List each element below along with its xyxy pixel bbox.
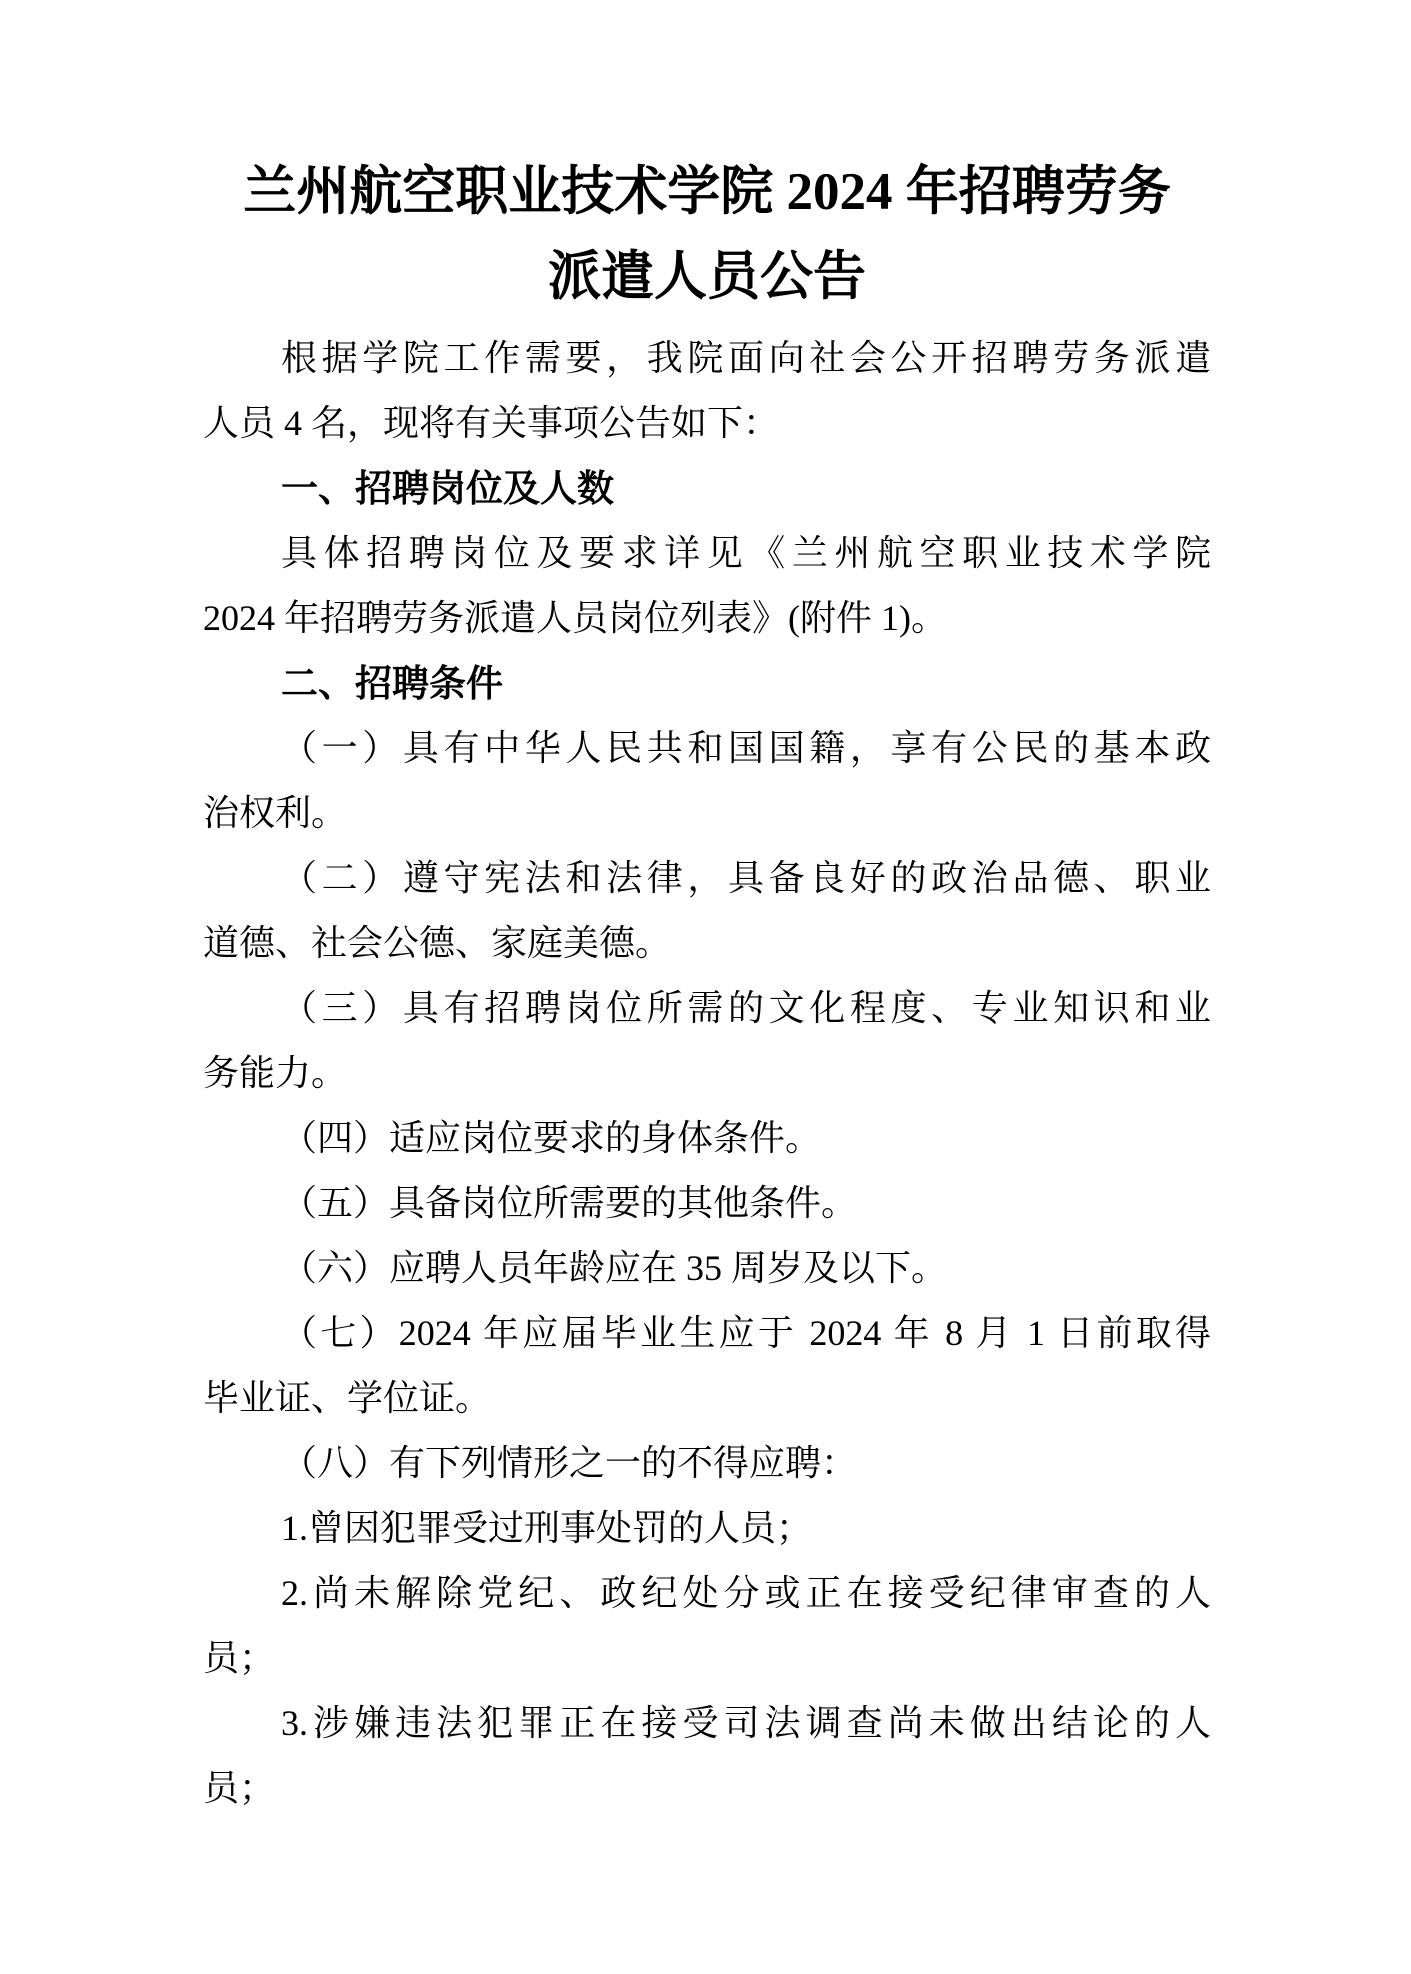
section-1-heading: 一、招聘岗位及人数 <box>203 456 1211 521</box>
text-line: 务能力。 <box>203 1041 1211 1106</box>
announcement-page: 兰州航空职业技术学院 2024 年招聘劳务 派遣人员公告 根据学院工作需要，我院… <box>0 0 1411 1974</box>
text-line: 员； <box>203 1626 1211 1691</box>
condition-item-5: （五）具备岗位所需要的其他条件。 <box>203 1171 1211 1236</box>
text-line: 2024 年招聘劳务派遣人员岗位列表》(附件 1)。 <box>203 586 1211 651</box>
condition-item-6: （六）应聘人员年龄应在 35 周岁及以下。 <box>203 1236 1211 1301</box>
condition-item-7: （七）2024 年应届毕业生应于 2024 年 8 月 1 日前取得 毕业证、学… <box>203 1301 1211 1431</box>
text-line: 道德、社会公德、家庭美德。 <box>203 911 1211 976</box>
condition-item-2: （二）遵守宪法和法律，具备良好的政治品德、职业 道德、社会公德、家庭美德。 <box>203 846 1211 976</box>
text-line: 员； <box>203 1756 1211 1821</box>
condition-item-1: （一）具有中华人民共和国国籍，享有公民的基本政 治权利。 <box>203 716 1211 846</box>
text-line: （一）具有中华人民共和国国籍，享有公民的基本政 <box>203 716 1211 781</box>
text-line: 1.曾因犯罪受过刑事处罚的人员； <box>203 1496 1211 1561</box>
condition-8-subitem-1: 1.曾因犯罪受过刑事处罚的人员； <box>203 1496 1211 1561</box>
intro-paragraph: 根据学院工作需要，我院面向社会公开招聘劳务派遣 人员 4 名，现将有关事项公告如… <box>203 326 1211 456</box>
text-line: 根据学院工作需要，我院面向社会公开招聘劳务派遣 <box>203 326 1211 391</box>
text-line: （五）具备岗位所需要的其他条件。 <box>203 1171 1211 1236</box>
text-line: （二）遵守宪法和法律，具备良好的政治品德、职业 <box>203 846 1211 911</box>
section-1-paragraph: 具体招聘岗位及要求详见《兰州航空职业技术学院 2024 年招聘劳务派遣人员岗位列… <box>203 521 1211 651</box>
text-line: 毕业证、学位证。 <box>203 1366 1211 1431</box>
condition-item-8: （八）有下列情形之一的不得应聘： <box>203 1431 1211 1496</box>
condition-item-4: （四）适应岗位要求的身体条件。 <box>203 1106 1211 1171</box>
condition-8-subitem-2: 2.尚未解除党纪、政纪处分或正在接受纪律审查的人 员； <box>203 1561 1211 1691</box>
text-line: （三）具有招聘岗位所需的文化程度、专业知识和业 <box>203 976 1211 1041</box>
condition-item-3: （三）具有招聘岗位所需的文化程度、专业知识和业 务能力。 <box>203 976 1211 1106</box>
text-line: 具体招聘岗位及要求详见《兰州航空职业技术学院 <box>203 521 1211 586</box>
document-title: 兰州航空职业技术学院 2024 年招聘劳务 派遣人员公告 <box>203 150 1211 320</box>
section-2-heading: 二、招聘条件 <box>203 651 1211 716</box>
text-line: （六）应聘人员年龄应在 35 周岁及以下。 <box>203 1236 1211 1301</box>
condition-8-subitem-3: 3.涉嫌违法犯罪正在接受司法调查尚未做出结论的人 员； <box>203 1691 1211 1821</box>
text-line: 2.尚未解除党纪、政纪处分或正在接受纪律审查的人 <box>203 1561 1211 1626</box>
text-line: 人员 4 名，现将有关事项公告如下： <box>203 391 1211 456</box>
text-line: 3.涉嫌违法犯罪正在接受司法调查尚未做出结论的人 <box>203 1691 1211 1756</box>
text-line: （四）适应岗位要求的身体条件。 <box>203 1106 1211 1171</box>
title-line-1: 兰州航空职业技术学院 2024 年招聘劳务 <box>203 150 1211 235</box>
title-line-2: 派遣人员公告 <box>203 235 1211 320</box>
text-line: 治权利。 <box>203 781 1211 846</box>
text-line: （七）2024 年应届毕业生应于 2024 年 8 月 1 日前取得 <box>203 1301 1211 1366</box>
text-line: （八）有下列情形之一的不得应聘： <box>203 1431 1211 1496</box>
document-body: 根据学院工作需要，我院面向社会公开招聘劳务派遣 人员 4 名，现将有关事项公告如… <box>203 326 1211 1821</box>
